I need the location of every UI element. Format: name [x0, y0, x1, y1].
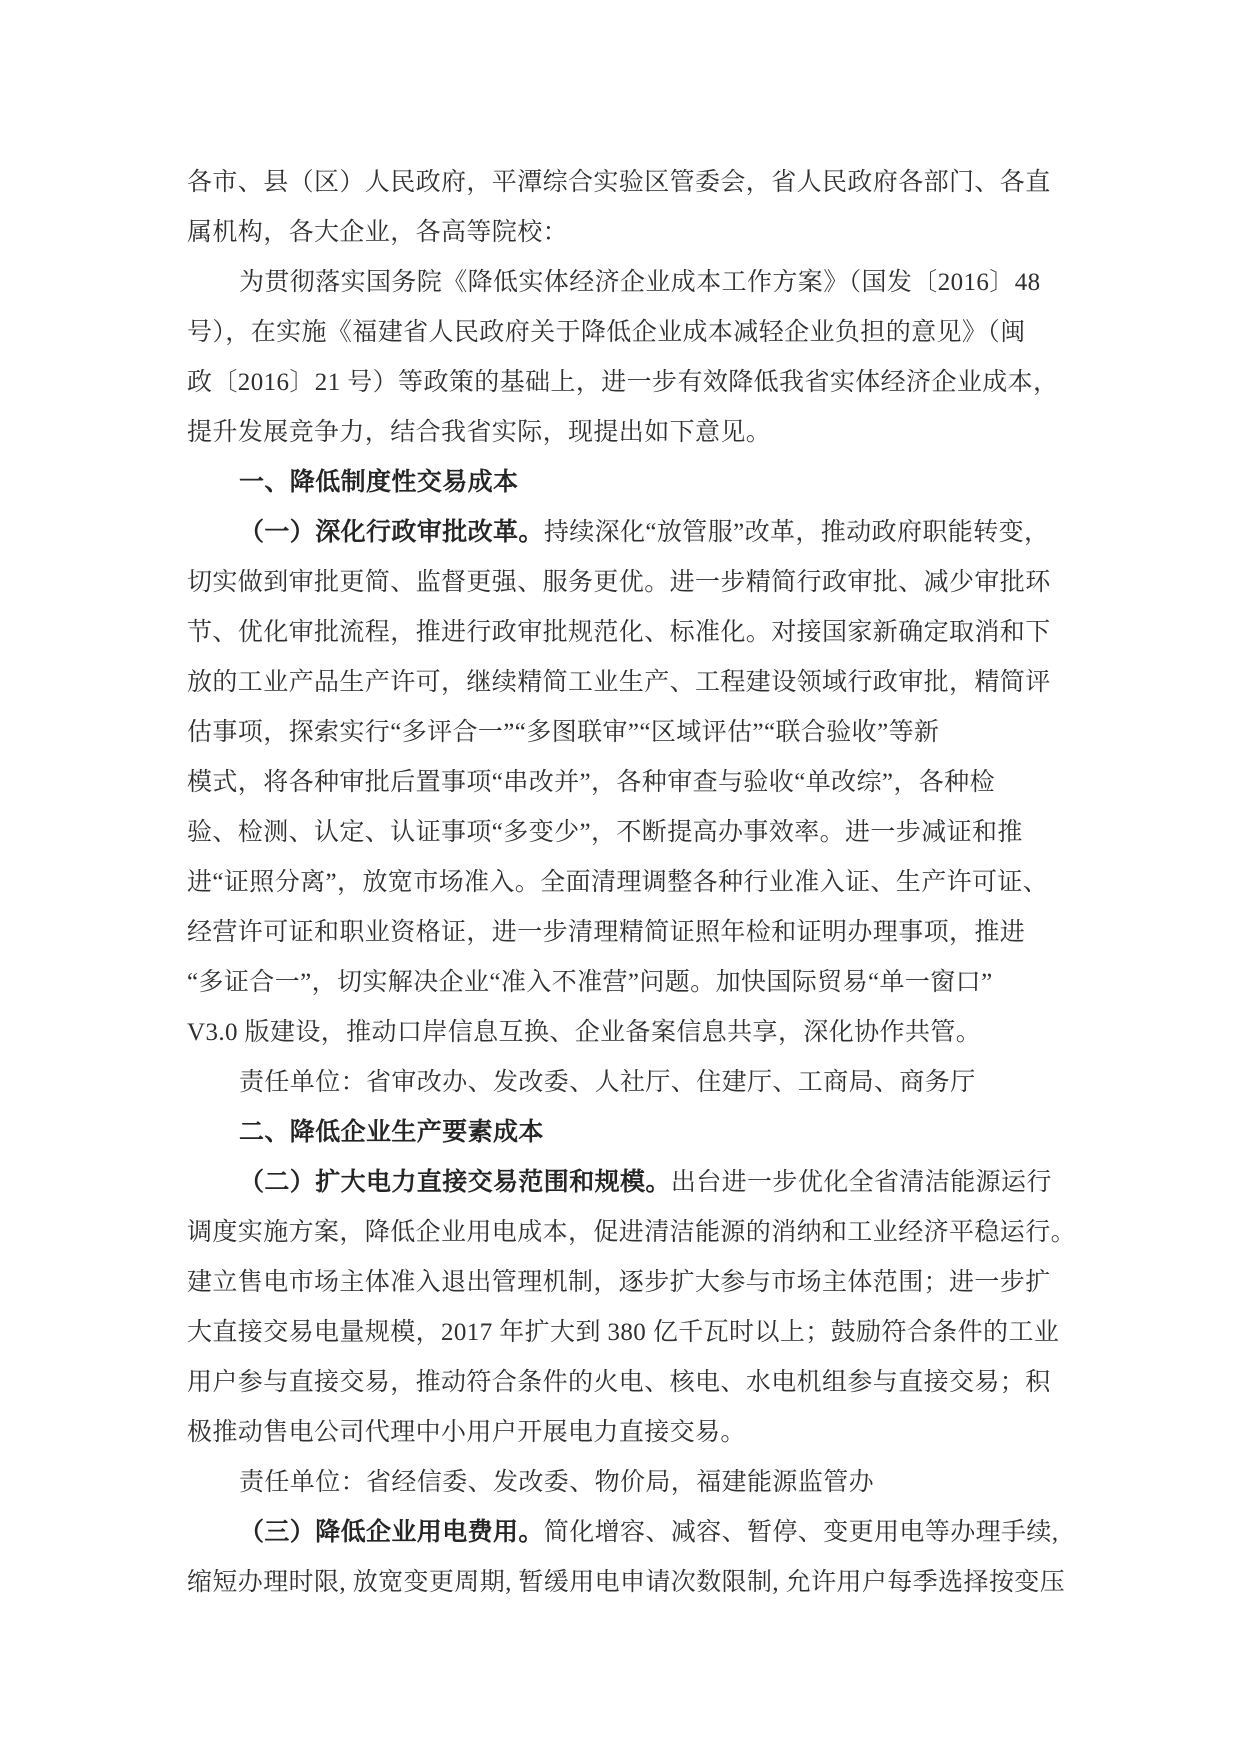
text-line: 放的工业产品生产许可，继续精简工业生产、工程建设领域行政审批，精简评 — [187, 658, 1053, 708]
text-line: 验、检测、认定、认证事项“多变少”，不断提高办事效率。进一步减证和推 — [187, 808, 1053, 858]
text-line: 极推动售电公司代理中小用户开展电力直接交易。 — [187, 1408, 1053, 1458]
text-segment: 号），在实施《福建省人民政府关于降低企业成本减轻企业负担的意见》（闽 — [187, 319, 1026, 346]
text-line: 为贯彻落实国务院《降低实体经济企业成本工作方案》（国发〔2016〕48 — [187, 258, 1053, 308]
text-segment: 进“证照分离”，放宽市场准入。全面清理调整各种行业准入证、生产许可证、 — [187, 869, 1048, 896]
text-segment: 调度实施方案，降低企业用电成本，促进清洁能源的消纳和工业经济平稳运行。 — [187, 1219, 1076, 1246]
text-line: 估事项，探索实行“多评合一”“多图联审”“区域评估”“联合验收”等新 — [187, 708, 1053, 758]
text-line: 属机构，各大企业，各高等院校： — [187, 208, 1053, 258]
text-segment: 缩短办理时限, 放宽变更周期, 暂缓用电申请次数限制, 允许用户每季选择按变压 — [187, 1569, 1065, 1596]
text-segment: 大直接交易电量规模，2017 年扩大到 380 亿千瓦时以上；鼓励符合条件的工业 — [187, 1319, 1059, 1346]
text-line: 号），在实施《福建省人民政府关于降低企业成本减轻企业负担的意见》（闽 — [187, 308, 1053, 358]
text-segment: 模式，将各种审批后置事项“串改并”，各种审查与验收“单改综”，各种检 — [187, 769, 995, 796]
text-segment: 放的工业产品生产许可，继续精简工业生产、工程建设领域行政审批，精简评 — [187, 669, 1051, 696]
text-line: 责任单位：省经信委、发改委、物价局，福建能源监管办 — [187, 1458, 1053, 1508]
text-line: 责任单位：省审改办、发改委、人社厅、住建厅、工商局、商务厅 — [187, 1058, 1053, 1108]
text-line: （二）扩大电力直接交易范围和规模。出台进一步优化全省清洁能源运行 — [187, 1158, 1053, 1208]
text-segment: 验、检测、认定、认证事项“多变少”，不断提高办事效率。进一步减证和推 — [187, 819, 1023, 846]
text-segment: 各市、县（区）人民政府，平潭综合实验区管委会，省人民政府各部门、各直 — [187, 169, 1051, 196]
text-line: 大直接交易电量规模，2017 年扩大到 380 亿千瓦时以上；鼓励符合条件的工业 — [187, 1308, 1053, 1358]
text-line: 经营许可证和职业资格证，进一步清理精简证照年检和证明办理事项，推进 — [187, 908, 1053, 958]
text-line: 提升发展竞争力，结合我省实际，现提出如下意见。 — [187, 408, 1053, 458]
text-segment: “多证合一”，切实解决企业“准入不准营”问题。加快国际贸易“单一窗口” — [187, 969, 993, 996]
text-segment: 极推动售电公司代理中小用户开展电力直接交易。 — [187, 1419, 746, 1446]
text-segment: 用户参与直接交易，推动符合条件的火电、核电、水电机组参与直接交易；积 — [187, 1369, 1051, 1396]
text-segment: 经营许可证和职业资格证，进一步清理精简证照年检和证明办理事项，推进 — [187, 919, 1025, 946]
text-segment: 持续深化“放管服”改革，推动政府职能转变， — [544, 519, 1050, 546]
heading-segment: 一、降低制度性交易成本 — [239, 469, 518, 496]
text-segment: V3.0 版建设，推动口岸信息互换、企业备案信息共享，深化协作共管。 — [187, 1019, 981, 1046]
text-line: 切实做到审批更简、监督更强、服务更优。进一步精简行政审批、减少审批环 — [187, 558, 1053, 608]
text-line: 用户参与直接交易，推动符合条件的火电、核电、水电机组参与直接交易；积 — [187, 1358, 1053, 1408]
text-line: 缩短办理时限, 放宽变更周期, 暂缓用电申请次数限制, 允许用户每季选择按变压 — [187, 1558, 1053, 1608]
text-line: 政〔2016〕21 号）等政策的基础上，进一步有效降低我省实体经济企业成本， — [187, 358, 1053, 408]
text-line: 一、降低制度性交易成本 — [187, 458, 1053, 508]
text-segment: 提升发展竞争力，结合我省实际，现提出如下意见。 — [187, 419, 771, 446]
heading-segment: （一）深化行政审批改革。 — [239, 519, 544, 546]
text-segment: 估事项，探索实行“多评合一”“多图联审”“区域评估”“联合验收”等新 — [187, 719, 939, 746]
text-line: 进“证照分离”，放宽市场准入。全面清理调整各种行业准入证、生产许可证、 — [187, 858, 1053, 908]
text-line: （三）降低企业用电费用。简化增容、减容、暂停、变更用电等办理手续, — [187, 1508, 1053, 1558]
text-line: 调度实施方案，降低企业用电成本，促进清洁能源的消纳和工业经济平稳运行。 — [187, 1208, 1053, 1258]
heading-segment: （二）扩大电力直接交易范围和规模。 — [239, 1169, 671, 1196]
text-segment: 属机构，各大企业，各高等院校： — [187, 219, 568, 246]
text-segment: 建立售电市场主体准入退出管理机制，逐步扩大参与市场主体范围；进一步扩 — [187, 1269, 1051, 1296]
heading-segment: （三）降低企业用电费用。 — [239, 1519, 544, 1546]
text-line: 模式，将各种审批后置事项“串改并”，各种审查与验收“单改综”，各种检 — [187, 758, 1053, 808]
text-segment: 简化增容、减容、暂停、变更用电等办理手续, — [544, 1519, 1059, 1546]
text-line: 各市、县（区）人民政府，平潭综合实验区管委会，省人民政府各部门、各直 — [187, 158, 1053, 208]
document-page: 各市、县（区）人民政府，平潭综合实验区管委会，省人民政府各部门、各直属机构，各大… — [0, 0, 1240, 1754]
text-line: （一）深化行政审批改革。持续深化“放管服”改革，推动政府职能转变， — [187, 508, 1053, 558]
text-line: “多证合一”，切实解决企业“准入不准营”问题。加快国际贸易“单一窗口” — [187, 958, 1053, 1008]
text-segment: 为贯彻落实国务院《降低实体经济企业成本工作方案》（国发〔2016〕48 — [239, 269, 1041, 296]
text-line: 建立售电市场主体准入退出管理机制，逐步扩大参与市场主体范围；进一步扩 — [187, 1258, 1053, 1308]
text-line: 节、优化审批流程，推进行政审批规范化、标准化。对接国家新确定取消和下 — [187, 608, 1053, 658]
text-segment: 责任单位：省经信委、发改委、物价局，福建能源监管办 — [239, 1469, 874, 1496]
text-segment: 政〔2016〕21 号）等政策的基础上，进一步有效降低我省实体经济企业成本， — [187, 369, 1058, 396]
text-segment: 出台进一步优化全省清洁能源运行 — [671, 1169, 1052, 1196]
text-line: V3.0 版建设，推动口岸信息互换、企业备案信息共享，深化协作共管。 — [187, 1008, 1053, 1058]
text-segment: 节、优化审批流程，推进行政审批规范化、标准化。对接国家新确定取消和下 — [187, 619, 1051, 646]
text-segment: 责任单位：省审改办、发改委、人社厅、住建厅、工商局、商务厅 — [239, 1069, 976, 1096]
text-segment: 切实做到审批更简、监督更强、服务更优。进一步精简行政审批、减少审批环 — [187, 569, 1051, 596]
document-body: 各市、县（区）人民政府，平潭综合实验区管委会，省人民政府各部门、各直属机构，各大… — [187, 158, 1053, 1608]
text-line: 二、降低企业生产要素成本 — [187, 1108, 1053, 1158]
heading-segment: 二、降低企业生产要素成本 — [239, 1119, 544, 1146]
